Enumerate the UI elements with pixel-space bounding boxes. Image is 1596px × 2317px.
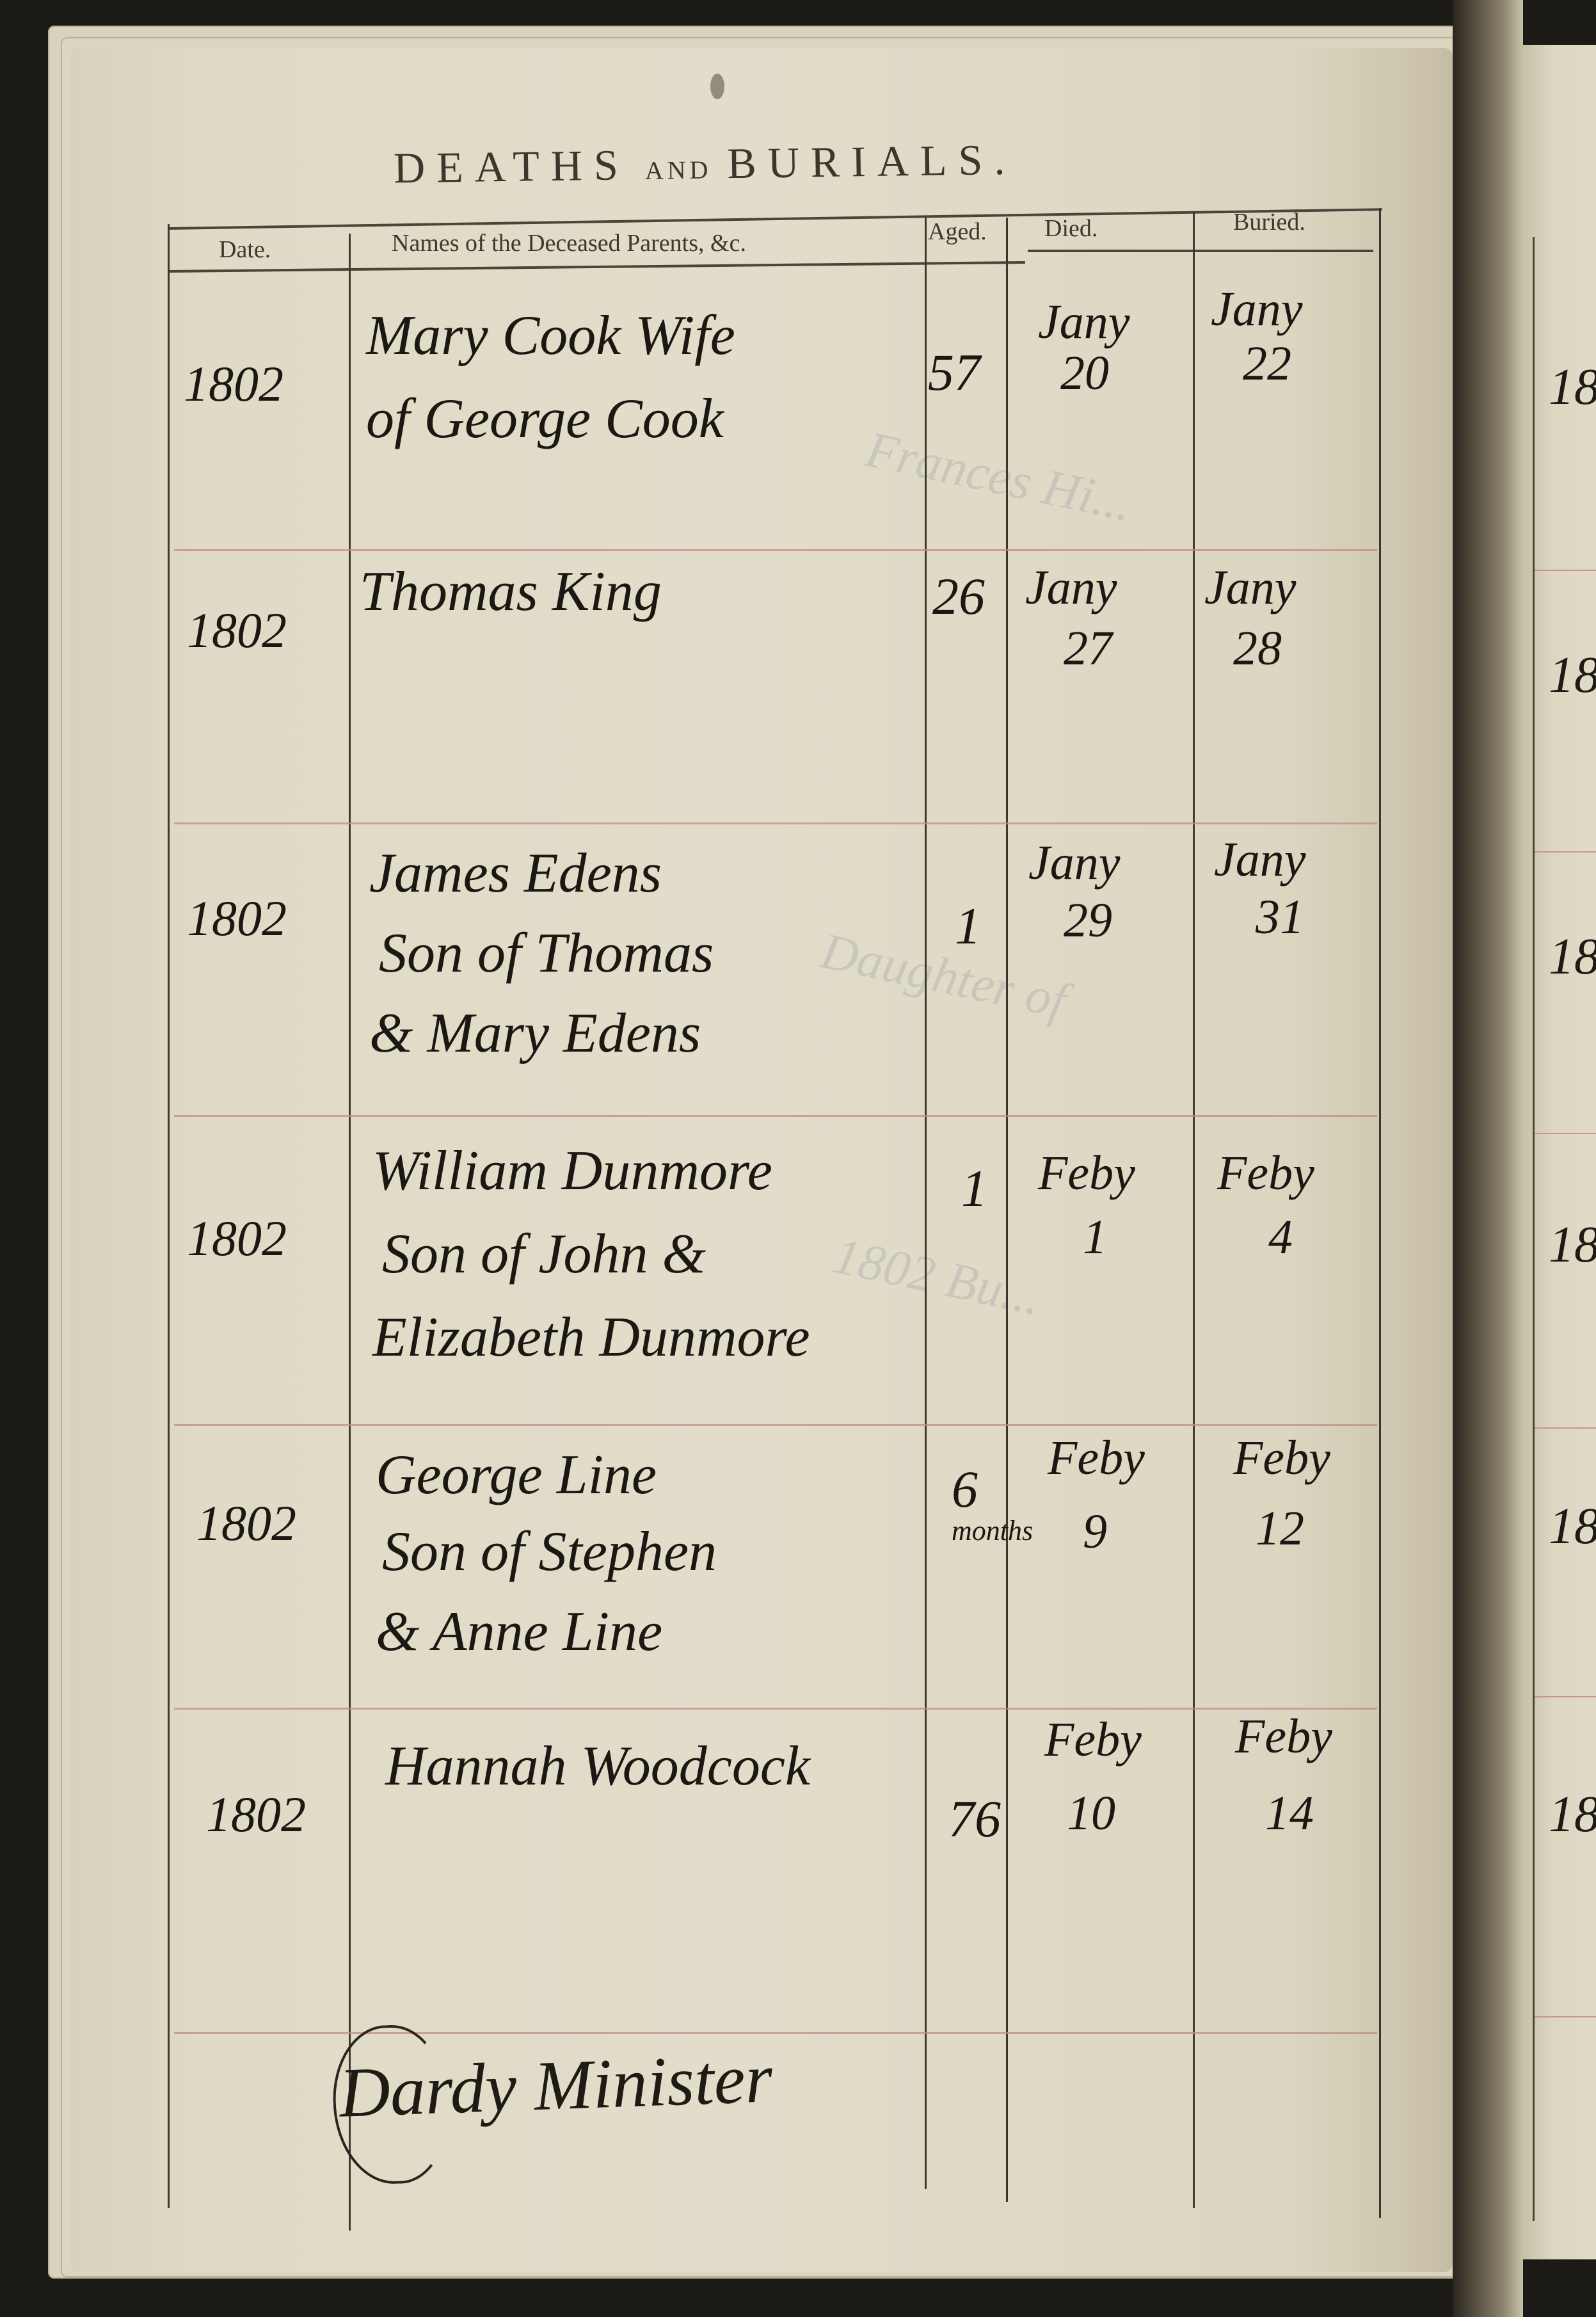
entry-aged: 26 [932,566,985,627]
header-bottom-rule [1028,250,1373,252]
facing-page-rule [1533,237,1535,2221]
facing-page-red-rule [1535,851,1596,853]
entry-buried-day: 22 [1243,336,1291,392]
entry-died-month: Feby [1048,1431,1145,1486]
entry-died-day: 1 [1083,1210,1107,1265]
entry-aged: 1 [955,896,981,956]
title-burials: BURIALS. [727,135,1017,188]
printer-ornament [710,74,724,99]
column-header-buried: Buried. [1233,208,1305,236]
entry-aged-unit: months [952,1514,1033,1547]
facing-page-red-rule [1535,1696,1596,1697]
entry-name-line: Hannah Woodcock [385,1719,810,1815]
entry-buried-month: Feby [1235,1709,1332,1765]
facing-page-year: 18 [1549,928,1596,986]
entry-name-line: of George Cook [366,371,724,467]
column-rule [1006,218,1008,2202]
column-rule [1379,208,1381,2218]
facing-page-year: 18 [1549,1216,1596,1274]
minister-signature: Dardy Minister [338,2037,774,2134]
entry-died-day: 10 [1067,1786,1115,1841]
entry-aged: 57 [928,342,980,403]
entry-died-day: 20 [1060,346,1109,401]
facing-page-red-rule [1535,1427,1596,1429]
row-separator [174,1708,1377,1710]
entry-buried-day: 14 [1265,1786,1314,1841]
entry-name-line: William Dunmore [372,1123,772,1219]
entry-buried-day: 31 [1256,890,1304,945]
entry-name-line: Mary Cook Wife [366,288,735,384]
facing-page-year: 18 [1549,1498,1596,1556]
entry-name-line: & Anne Line [376,1584,662,1680]
entry-aged: 76 [948,1789,1001,1849]
entry-name-line: Elizabeth Dunmore [372,1290,810,1386]
column-header-names: Names of the Deceased Parents, &c. [392,229,746,257]
entry-name-line: Son of John & [382,1207,706,1303]
column-header-aged: Aged. [928,218,987,246]
entry-buried-month: Jany [1204,560,1296,616]
entry-name-line: Thomas King [360,544,662,640]
row-separator [174,1115,1377,1117]
column-rule [925,218,927,2189]
entry-died-day: 27 [1064,621,1112,677]
entry-name-line: & Mary Edens [369,986,701,1082]
register-table: Date. Names of the Deceased Parents, &c.… [168,211,1382,2221]
column-header-died: Died. [1044,214,1097,243]
column-rule [349,234,351,2231]
facing-page-year: 18 [1549,646,1596,705]
title-and: AND [645,155,712,184]
entry-date: 1802 [187,1210,287,1267]
entry-aged: 1 [961,1158,987,1219]
facing-page-year: 18 [1549,1786,1596,1844]
entry-buried-month: Feby [1233,1431,1330,1486]
page-title: DEATHSANDBURIALS. [394,132,1162,194]
facing-page-red-rule [1535,1133,1596,1134]
entry-died-month: Feby [1044,1712,1142,1768]
entry-date: 1802 [187,602,287,659]
entry-died-month: Jany [1028,835,1120,891]
facing-page-red-rule [1535,570,1596,571]
entry-date: 1802 [187,890,287,947]
entry-buried-month: Feby [1217,1146,1314,1201]
header-top-rule [168,208,1382,230]
column-header-date: Date. [219,236,271,264]
row-separator [174,1424,1377,1426]
title-deaths: DEATHS [394,140,630,192]
facing-page: 18 18 18 18 18 18 [1523,45,1596,2259]
entry-buried-month: Jany [1214,832,1305,888]
row-separator [174,549,1377,551]
entry-date: 1802 [196,1495,296,1552]
entry-died-month: Jany [1038,294,1129,350]
header-bottom-rule [168,261,1025,273]
entry-date: 1802 [184,355,283,413]
entry-date: 1802 [206,1786,306,1843]
entry-died-day: 29 [1064,893,1112,949]
facing-page-year: 18 [1549,358,1596,417]
entry-buried-day: 28 [1233,621,1282,677]
entry-died-day: 9 [1083,1504,1107,1560]
entry-died-month: Jany [1025,560,1117,616]
entry-aged-value: 6 [952,1460,978,1518]
column-rule [168,224,170,2208]
entry-buried-month: Jany [1211,282,1302,337]
entry-died-month: Feby [1038,1146,1135,1201]
column-rule [1193,211,1195,2208]
entry-aged: 6 months [952,1459,1033,1547]
entry-buried-day: 12 [1256,1501,1304,1557]
row-separator [174,822,1377,824]
book-gutter [1453,0,1523,2317]
row-separator [174,2032,1377,2034]
entry-buried-day: 4 [1268,1210,1293,1265]
facing-page-red-rule [1535,2016,1596,2017]
